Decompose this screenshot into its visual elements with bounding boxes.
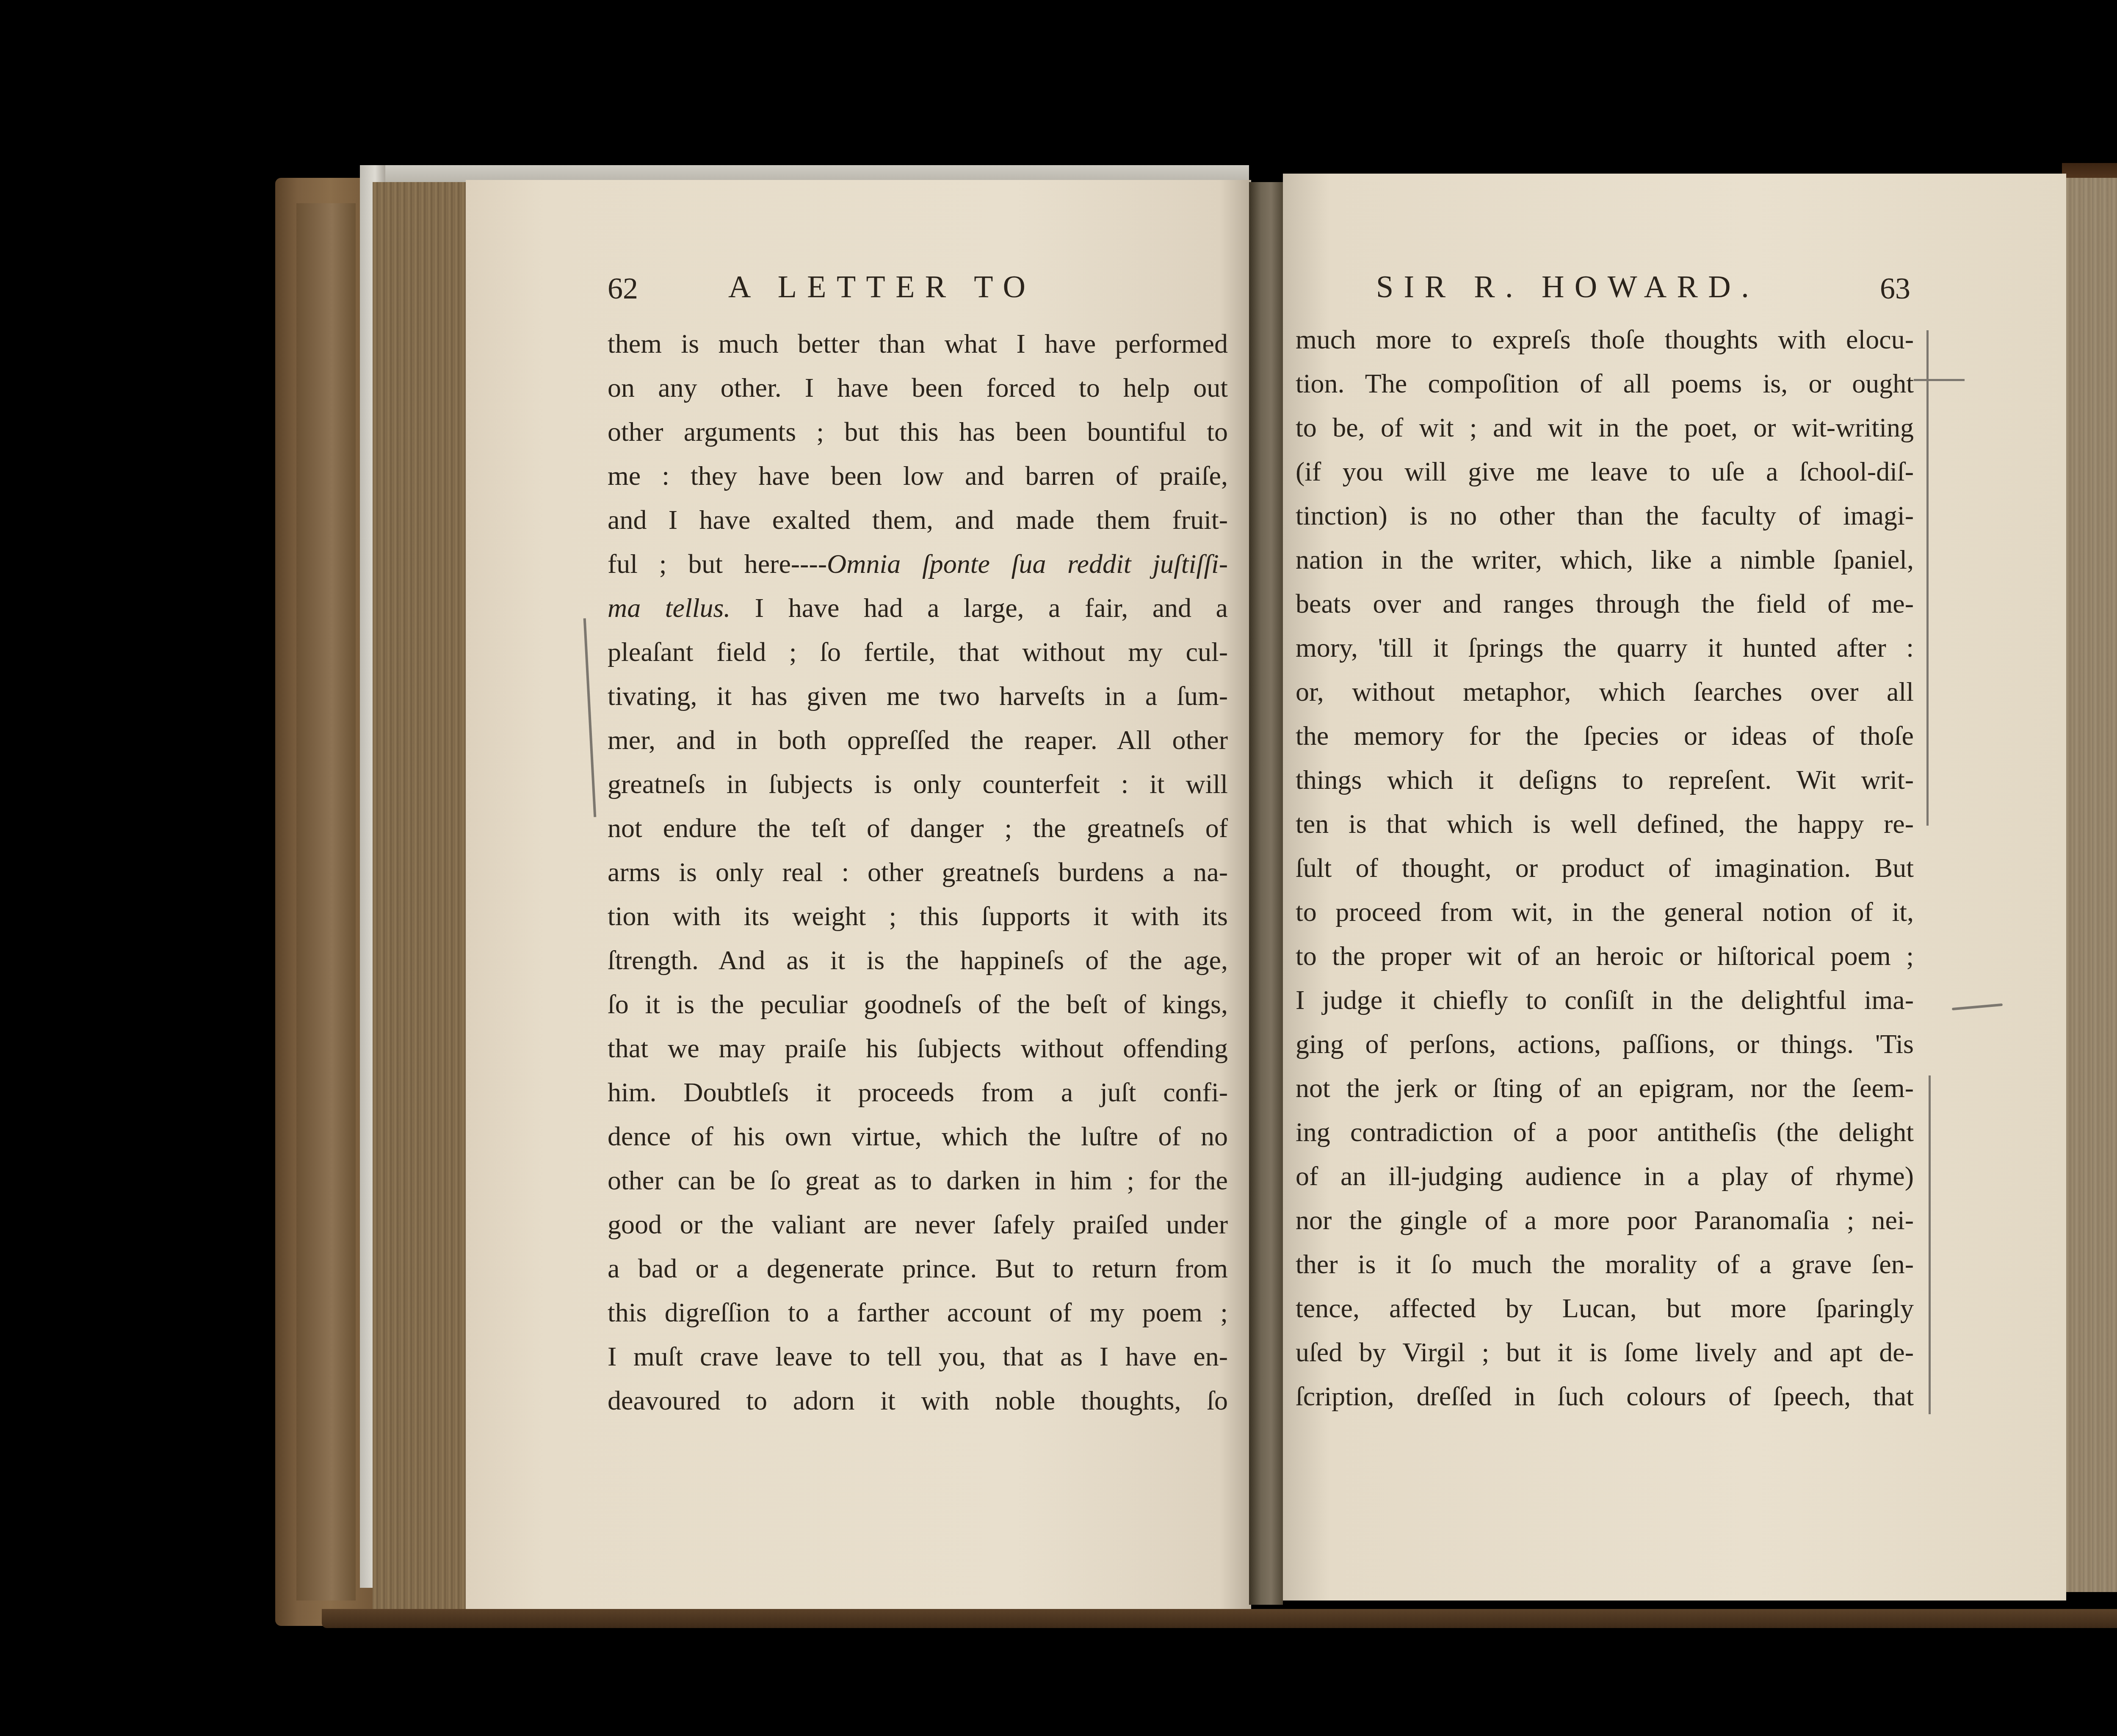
text-line: ing contradiction of a poor antitheſis (… <box>1296 1119 1914 1153</box>
text-line: tion. The compoſition of all poems is, o… <box>1296 370 1914 404</box>
text-line: mer, and in both oppreſſed the reaper. A… <box>608 727 1228 760</box>
text-line: nation in the writer, which, like a nimb… <box>1296 546 1914 580</box>
left-page-number: 62 <box>608 271 638 306</box>
text-segment: I have had a large, a fair, and a <box>730 593 1228 623</box>
text-line: him. Doubtleſs it proceeds from a juſt c… <box>608 1079 1228 1113</box>
right-page-number: 63 <box>1880 271 1910 306</box>
text-line: deavoured to adorn it with noble thought… <box>608 1387 1228 1421</box>
text-line: of an ill-judging audience in a play of … <box>1296 1163 1914 1197</box>
bottom-cover-edge <box>322 1609 2117 1628</box>
text-line: things which it deſigns to repreſent. Wi… <box>1296 766 1914 800</box>
text-line: ſcription, dreſſed in ſuch colours of ſp… <box>1296 1383 1914 1417</box>
text-line: much more to expreſs thoſe thoughts with… <box>1296 326 1914 360</box>
text-line: on any other. I have been forced to help… <box>608 374 1228 408</box>
text-line: tinction) is no other than the faculty o… <box>1296 502 1914 536</box>
text-line: nor the gingle of a more poor Paranomaſi… <box>1296 1207 1914 1241</box>
text-line: mory, 'till it ſprings the quarry it hun… <box>1296 634 1914 668</box>
text-line: tion with its weight ; this ſupports it … <box>608 903 1228 937</box>
text-line: me : they have been low and barren of pr… <box>608 462 1228 496</box>
book-gutter <box>1249 182 1283 1605</box>
text-line: ſtrength. And as it is the happineſs of … <box>608 947 1228 981</box>
text-line: other arguments ; but this has been boun… <box>608 418 1228 452</box>
text-line: I judge it chiefly to conſiſt in the del… <box>1296 987 1914 1020</box>
text-line: to the proper wit of an heroic or hiſtor… <box>1296 943 1914 976</box>
text-line: ſult of thought, or product of imaginati… <box>1296 854 1914 888</box>
pencil-margin-line-right-top <box>1926 330 1929 826</box>
text-line: to proceed from wit, in the general noti… <box>1296 898 1914 932</box>
text-line: (if you will give me leave to uſe a ſcho… <box>1296 458 1914 492</box>
pencil-margin-line-right-bottom <box>1929 1075 1931 1414</box>
flyleaf-top <box>360 165 1249 182</box>
left-cover-inner <box>296 203 356 1601</box>
left-page-edges <box>373 182 466 1609</box>
left-running-head: A LETTER TO <box>728 269 1036 305</box>
text-line: this digreſſion to a farther account of … <box>608 1299 1228 1333</box>
text-line-with-latin-quote: ma tellus. I have had a large, a fair, a… <box>608 594 1228 628</box>
text-line: or, without metaphor, which ſearches ove… <box>1296 678 1914 712</box>
text-line: the memory for the ſpecies or ideas of t… <box>1296 722 1914 756</box>
latin-quote: ma tellus. <box>608 593 730 623</box>
text-line: a bad or a degenerate prince. But to ret… <box>608 1255 1228 1289</box>
text-line: not endure the teſt of danger ; the grea… <box>608 815 1228 849</box>
text-line: and I have exalted them, and made them f… <box>608 506 1228 540</box>
text-line: other can be ſo great as to darken in hi… <box>608 1167 1228 1201</box>
pencil-cross-mark <box>1914 379 1965 381</box>
text-line: ther is it ſo much the morality of a gra… <box>1296 1251 1914 1285</box>
latin-quote: Omnia ſponte ſua reddit juſtiſſi- <box>827 549 1228 579</box>
text-line: not the jerk or ſting of an epigram, nor… <box>1296 1075 1914 1108</box>
text-line: pleaſant field ; ſo fertile, that withou… <box>608 639 1228 672</box>
text-segment: ful ; but here---- <box>608 549 827 579</box>
text-line: uſed by Virgil ; but it is ſome lively a… <box>1296 1339 1914 1373</box>
text-line: ſo it is the peculiar goodneſs of the be… <box>608 991 1228 1025</box>
text-line: greatneſs in ſubjects is only counterfei… <box>608 771 1228 804</box>
text-line-with-latin-quote: ful ; but here----Omnia ſponte ſua reddi… <box>608 550 1228 584</box>
text-line: tivating, it has given me two harveſts i… <box>608 683 1228 716</box>
text-line: ten is that which is well defined, the h… <box>1296 810 1914 844</box>
right-page-edges <box>2064 178 2117 1592</box>
text-line: dence of his own virtue, which the luſtr… <box>608 1123 1228 1157</box>
text-line: arms is only real : other greatneſs burd… <box>608 859 1228 893</box>
text-line: that we may praiſe his ſubjects without … <box>608 1035 1228 1069</box>
text-line: to be, of wit ; and wit in the poet, or … <box>1296 414 1914 448</box>
text-line: tence, affected by Lucan, but more ſpari… <box>1296 1295 1914 1329</box>
right-running-head: SIR R. HOWARD. <box>1376 269 1759 305</box>
text-line: I muſt crave leave to tell you, that as … <box>608 1343 1228 1377</box>
text-line: beats over and ranges through the field … <box>1296 590 1914 624</box>
text-line: ging of perſons, actions, paſſions, or t… <box>1296 1031 1914 1064</box>
text-line: good or the valiant are never ſafely pra… <box>608 1211 1228 1245</box>
text-line: them is much better than what I have per… <box>608 330 1228 364</box>
